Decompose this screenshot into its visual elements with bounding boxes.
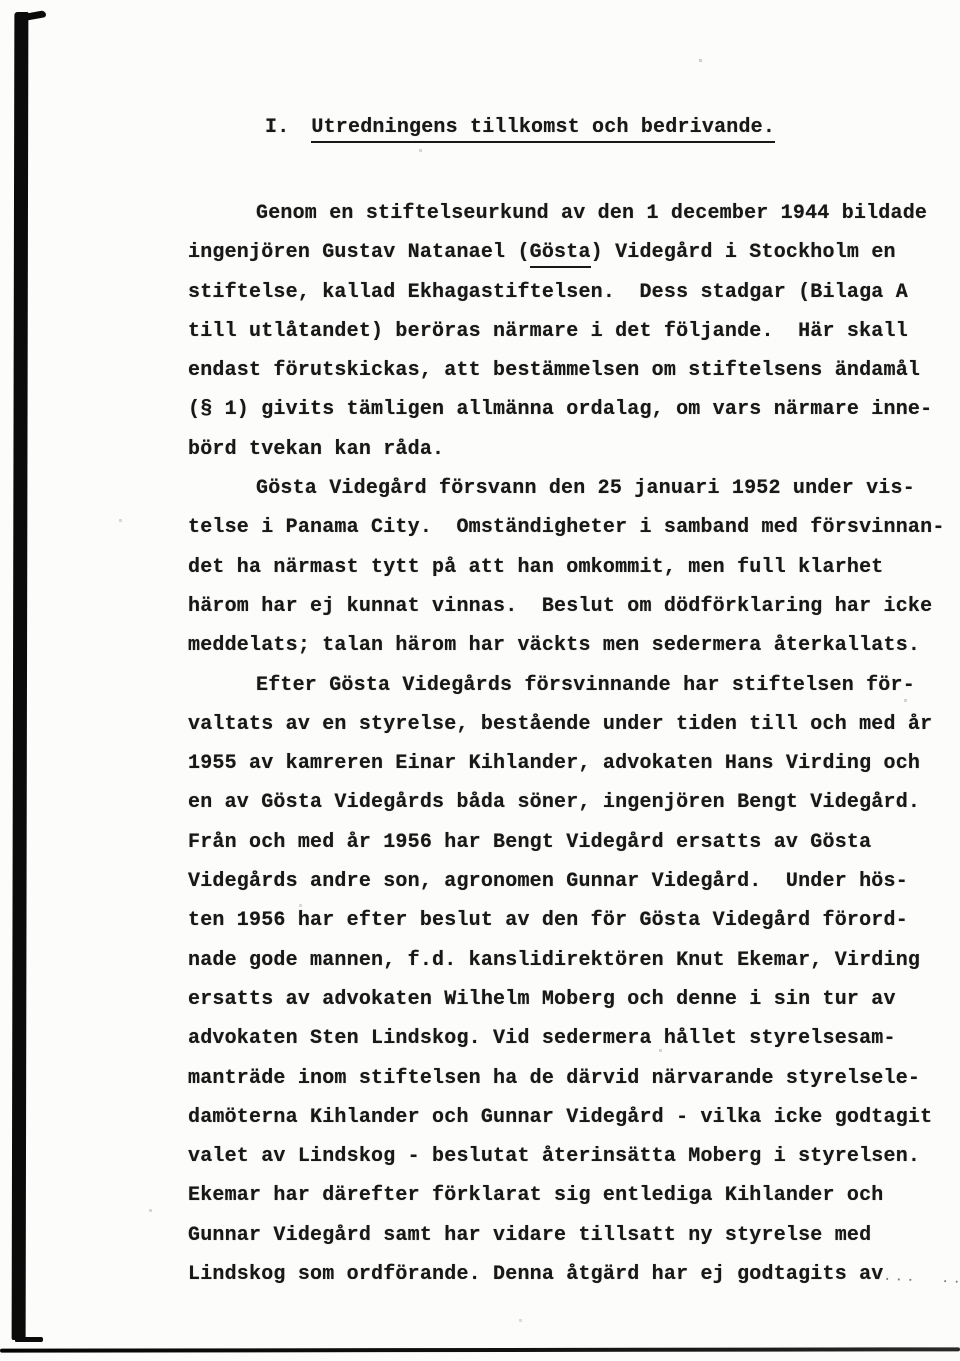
text-line: Efter Gösta Videgårds försvinnande har s… bbox=[188, 666, 933, 705]
text-line: Ekemar har därefter förklarat sig entled… bbox=[188, 1176, 933, 1215]
text-line: ersatts av advokaten Wilhelm Moberg och … bbox=[188, 980, 933, 1019]
text-line: härom har ej kunnat vinnas. Beslut om dö… bbox=[188, 587, 933, 626]
underlined-name: Gösta bbox=[530, 241, 591, 268]
scan-binding-bar bbox=[12, 12, 29, 1340]
text-segment: ) Videgård i Stockholm en bbox=[591, 241, 896, 264]
document-body: Genom en stiftelseurkund av den 1 decemb… bbox=[188, 194, 933, 1294]
text-line: manträde inom stiftelsen ha de därvid nä… bbox=[188, 1059, 933, 1098]
scanned-document-page: I.Utredningens tillkomst och bedrivande.… bbox=[0, 0, 960, 1361]
text-line: (§ 1) givits tämligen allmänna ordalag, … bbox=[188, 390, 933, 429]
text-line: det ha närmast tytt på att han omkommit,… bbox=[188, 548, 933, 587]
scan-speckles bbox=[0, 0, 1, 1]
text-line: telse i Panama City. Omständigheter i sa… bbox=[188, 508, 933, 547]
text-line: endast förutskickas, att bestämmelsen om… bbox=[188, 351, 933, 390]
text-line: stiftelse, kallad Ekhagastiftelsen. Dess… bbox=[188, 273, 933, 312]
text-line: damöterna Kihlander och Gunnar Videgård … bbox=[188, 1098, 933, 1137]
text-line: valtats av en styrelse, bestående under … bbox=[188, 705, 933, 744]
text-line: Videgårds andre son, agronomen Gunnar Vi… bbox=[188, 862, 933, 901]
text-line: Lindskog som ordförande. Denna åtgärd ha… bbox=[188, 1255, 933, 1294]
text-line: 1955 av kamreren Einar Kihlander, advoka… bbox=[188, 744, 933, 783]
text-line: meddelats; talan härom har väckts men se… bbox=[188, 626, 933, 665]
text-line: valet av Lindskog - beslutat återinsätta… bbox=[188, 1137, 933, 1176]
text-line: nade gode mannen, f.d. kanslidirektören … bbox=[188, 941, 933, 980]
text-line: ten 1956 har efter beslut av den för Gös… bbox=[188, 901, 933, 940]
scan-trailing-marks: ... .. .. .. bbox=[883, 1259, 960, 1305]
text-line: advokaten Sten Lindskog. Vid sedermera h… bbox=[188, 1019, 933, 1058]
section-heading: I.Utredningens tillkomst och bedrivande. bbox=[265, 113, 775, 143]
text-segment: Lindskog som ordförande. Denna åtgärd ha… bbox=[188, 1263, 884, 1286]
text-line: börd tvekan kan råda. bbox=[188, 430, 933, 469]
section-title: Utredningens tillkomst och bedrivande. bbox=[311, 116, 775, 143]
scan-bottom-edge-line bbox=[0, 1347, 960, 1352]
text-line: en av Gösta Videgårds båda söner, ingenj… bbox=[188, 783, 933, 822]
text-line: Genom en stiftelseurkund av den 1 decemb… bbox=[188, 194, 933, 233]
text-line: ingenjören Gustav Natanael (Gösta) Videg… bbox=[188, 233, 933, 272]
text-line: Gösta Videgård försvann den 25 januari 1… bbox=[188, 469, 933, 508]
text-line: Från och med år 1956 har Bengt Videgård … bbox=[188, 823, 933, 862]
text-line: Gunnar Videgård samt har vidare tillsatt… bbox=[188, 1216, 933, 1255]
text-line: till utlåtandet) beröras närmare i det f… bbox=[188, 312, 933, 351]
text-segment: ingenjören Gustav Natanael ( bbox=[188, 241, 530, 264]
scan-binding-foot bbox=[15, 1337, 43, 1342]
section-numeral: I. bbox=[265, 116, 289, 139]
